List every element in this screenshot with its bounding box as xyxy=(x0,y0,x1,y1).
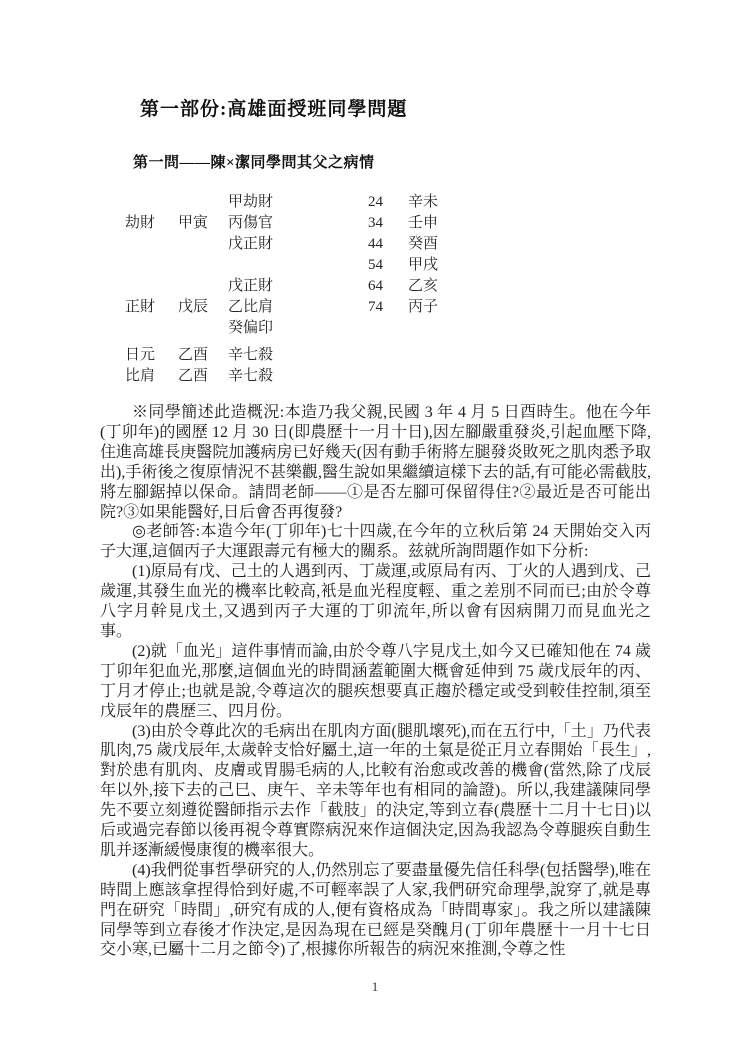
pillar-hidden-stem: 乙比肩 xyxy=(228,297,348,318)
pillar-hidden-stem xyxy=(228,255,348,276)
paragraph-analysis-4: (4)我們從事哲學研究的人,仍然別忘了要盡量優先信任科學(包括醫學),唯在時間上… xyxy=(100,861,651,961)
pillar-row: 癸偏印 xyxy=(125,318,348,339)
luck-ganzhi: 癸酉 xyxy=(408,234,468,255)
pillar-row: 日元 乙酉 辛七殺 xyxy=(125,345,348,366)
pillar-row: 戊正財 xyxy=(125,234,348,255)
pillar-row: 正財 戊辰 乙比肩 xyxy=(125,297,348,318)
luck-row: 44 癸酉 xyxy=(368,234,468,255)
luck-row: 74 丙子 xyxy=(368,297,468,318)
luck-row: 54 甲戌 xyxy=(368,255,468,276)
luck-row: 64 乙亥 xyxy=(368,276,468,297)
bazi-luck-cycles: 24 辛未 34 壬申 44 癸酉 54 甲戌 64 乙亥 74 丙子 xyxy=(368,192,468,318)
luck-ganzhi: 丙子 xyxy=(408,297,468,318)
pillar-hidden-stem: 辛七殺 xyxy=(228,345,348,366)
pillar-hidden-stem: 戊正財 xyxy=(228,276,348,297)
pillar-ganzhi: 乙酉 xyxy=(178,366,228,387)
luck-age: 44 xyxy=(368,234,408,255)
pillar-ganzhi xyxy=(178,318,228,339)
document-page: 第一部份:高雄面授班同學問題 第一問——陳×潔同學問其父之病情 甲劫財 劫財 甲… xyxy=(0,0,750,1061)
paragraph-student-summary: ※同學簡述此造概況:本造乃我父親,民國 3 年 4 月 5 日酉時生。他在今年(… xyxy=(100,403,651,522)
luck-row: 34 壬申 xyxy=(368,213,468,234)
pillar-row xyxy=(125,255,348,276)
pillar-row: 劫財 甲寅 丙傷官 xyxy=(125,213,348,234)
luck-row: 24 辛未 xyxy=(368,192,468,213)
luck-age: 24 xyxy=(368,192,408,213)
luck-age: 54 xyxy=(368,255,408,276)
pillar-role xyxy=(125,192,178,213)
luck-ganzhi: 壬申 xyxy=(408,213,468,234)
pillar-ganzhi xyxy=(178,234,228,255)
pillar-row: 戊正財 xyxy=(125,276,348,297)
pillar-ganzhi: 戊辰 xyxy=(178,297,228,318)
luck-age: 34 xyxy=(368,213,408,234)
pillar-hidden-stem: 辛七殺 xyxy=(228,366,348,387)
body-text: ※同學簡述此造概況:本造乃我父親,民國 3 年 4 月 5 日酉時生。他在今年(… xyxy=(100,403,651,960)
pillar-ganzhi xyxy=(178,255,228,276)
pillar-ganzhi: 甲寅 xyxy=(178,213,228,234)
pillar-role: 日元 xyxy=(125,345,178,366)
document-title: 第一部份:高雄面授班同學問題 xyxy=(140,94,407,121)
pillar-role xyxy=(125,276,178,297)
pillar-row: 比肩 乙酉 辛七殺 xyxy=(125,366,348,387)
pillar-hidden-stem: 甲劫財 xyxy=(228,192,348,213)
luck-ganzhi: 甲戌 xyxy=(408,255,468,276)
pillar-row: 甲劫財 xyxy=(125,192,348,213)
pillar-role: 正財 xyxy=(125,297,178,318)
paragraph-analysis-2: (2)就「血光」這件事情而論,由於令尊八字見戊土,如今又已確知他在 74 歲丁卯… xyxy=(100,642,651,722)
pillar-role xyxy=(125,234,178,255)
luck-ganzhi: 乙亥 xyxy=(408,276,468,297)
paragraph-analysis-1: (1)原局有戊、己土的人遇到丙、丁歲運,或原局有丙、丁火的人遇到戊、己歲運,其發… xyxy=(100,562,651,642)
paragraph-analysis-3: (3)由於令尊此次的毛病出在肌肉方面(腿肌壞死),而在五行中,「土」乃代表肌肉,… xyxy=(100,722,651,861)
luck-age: 74 xyxy=(368,297,408,318)
pillar-hidden-stem: 癸偏印 xyxy=(228,318,348,339)
pillar-role xyxy=(125,255,178,276)
pillar-ganzhi: 乙酉 xyxy=(178,345,228,366)
pillar-role xyxy=(125,318,178,339)
luck-ganzhi: 辛未 xyxy=(408,192,468,213)
pillar-ganzhi xyxy=(178,192,228,213)
page-number: 1 xyxy=(0,979,750,995)
section-subtitle: 第一問——陳×潔同學問其父之病情 xyxy=(133,151,375,172)
pillar-hidden-stem: 戊正財 xyxy=(228,234,348,255)
pillar-role: 劫財 xyxy=(125,213,178,234)
pillar-hidden-stem: 丙傷官 xyxy=(228,213,348,234)
pillar-role: 比肩 xyxy=(125,366,178,387)
pillar-ganzhi xyxy=(178,276,228,297)
paragraph-teacher-answer: ◎老師答:本造今年(丁卯年)七十四歲,在今年的立秋后第 24 天開始交入丙子大運… xyxy=(100,522,651,562)
bazi-pillars: 甲劫財 劫財 甲寅 丙傷官 戊正財 戊正財 xyxy=(125,192,348,387)
luck-age: 64 xyxy=(368,276,408,297)
